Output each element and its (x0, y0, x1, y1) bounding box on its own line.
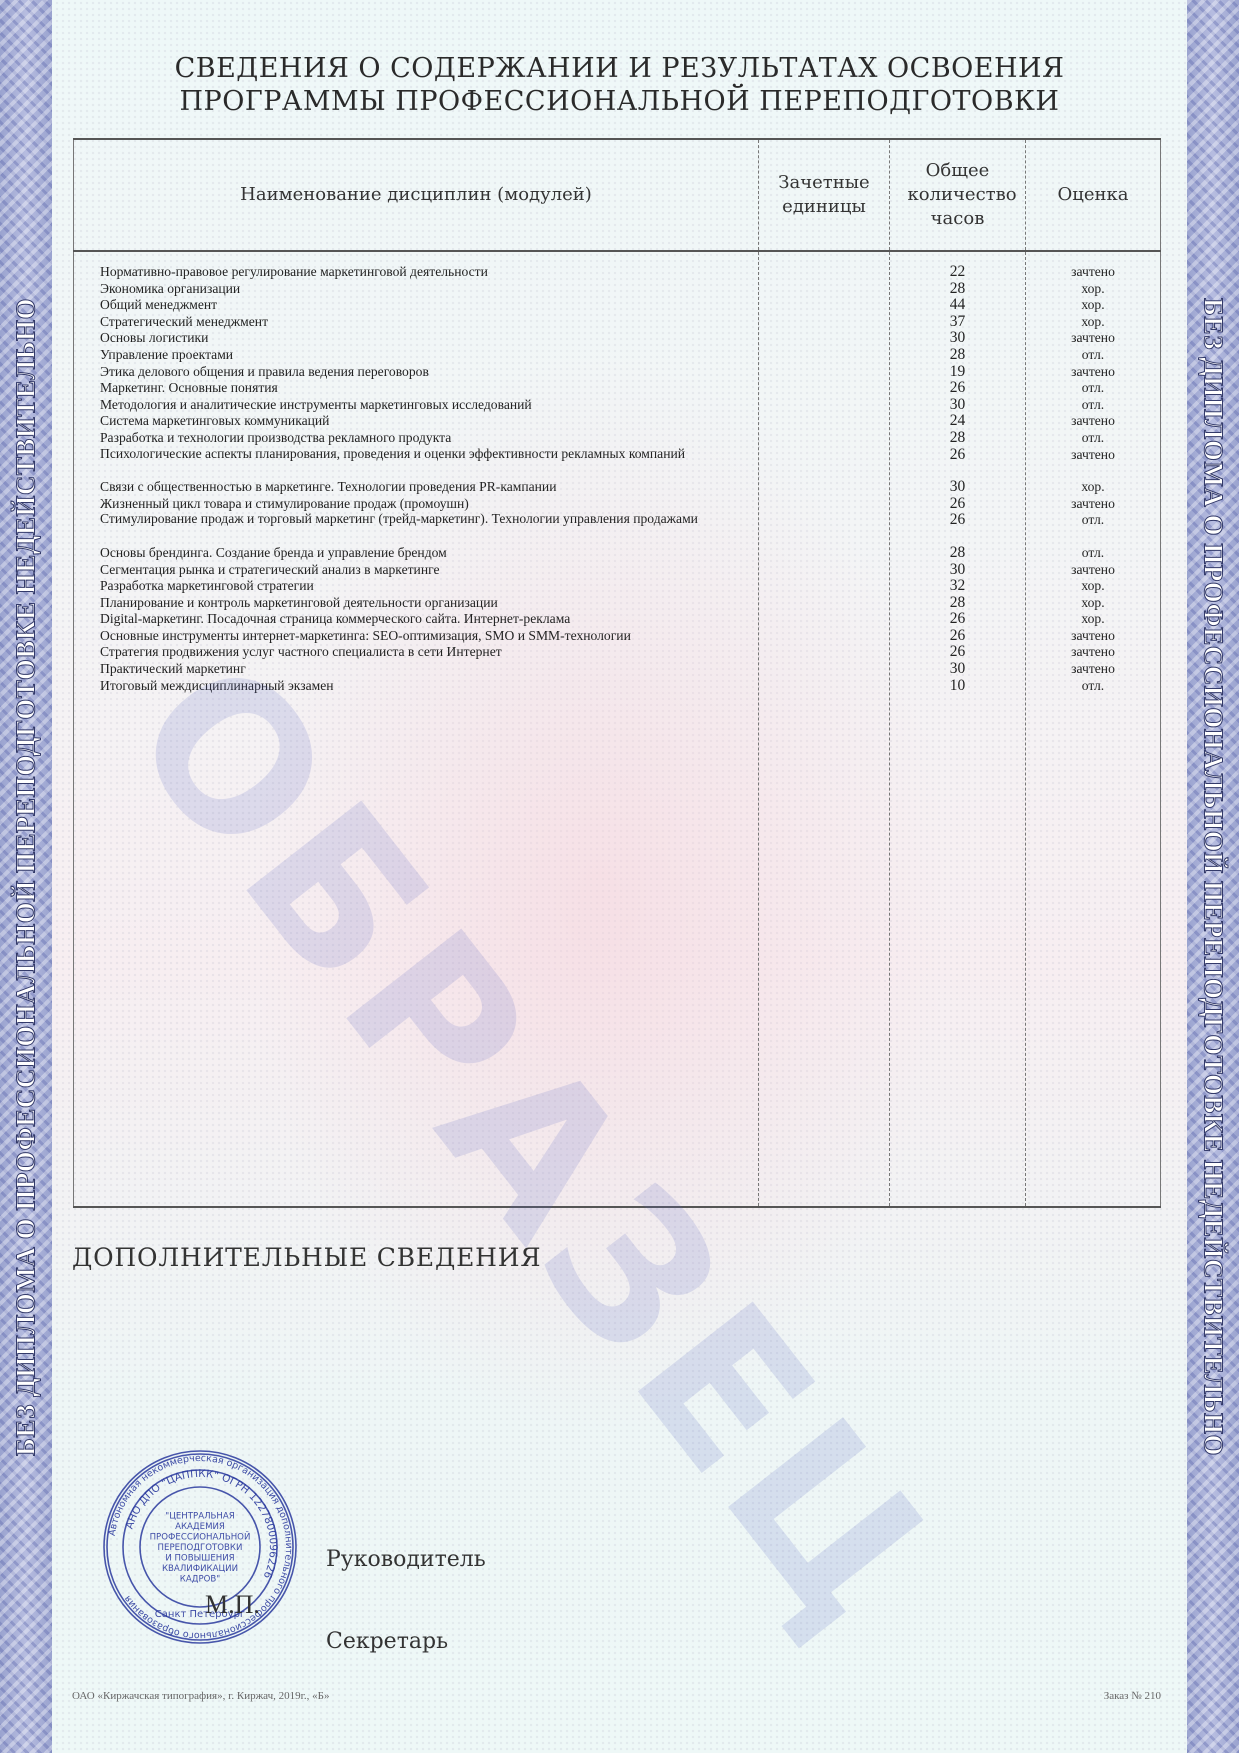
table-row-grade: зачтено (1026, 629, 1160, 642)
table-row-hours: 44 (890, 298, 1025, 311)
official-seal: Автономная некоммерческая организация до… (100, 1447, 300, 1647)
table-row-hours: 30 (890, 331, 1025, 344)
table-row-name: Связи с общественностью в маркетинге. Те… (74, 480, 758, 493)
table-row-hours: 26 (890, 629, 1025, 642)
table-row-credits (759, 629, 889, 642)
table-row-credits (759, 282, 889, 295)
table-row-name: Методология и аналитические инструменты … (74, 398, 758, 411)
table-row-hours: 28 (890, 431, 1025, 444)
table-row-credits (759, 315, 889, 328)
table-row-grade: зачтено (1026, 563, 1160, 576)
table-row-grade: отл. (1026, 431, 1160, 444)
table-row-hours: 24 (890, 414, 1025, 427)
svg-text:КАДРОВ": КАДРОВ" (180, 1575, 221, 1585)
table-row-grade: хор. (1026, 579, 1160, 592)
table-row-hours: 19 (890, 365, 1025, 378)
table-row-credits (759, 414, 889, 427)
table-row-grade: зачтено (1026, 645, 1160, 658)
table-row-credits (759, 662, 889, 675)
svg-text:ПРОФЕССИОНАЛЬНОЙ: ПРОФЕССИОНАЛЬНОЙ (150, 1531, 251, 1543)
table-row-credits (759, 480, 889, 493)
table-row-hours: 26 (890, 513, 1025, 542)
table-row-hours: 30 (890, 563, 1025, 576)
table-row-hours: 22 (890, 265, 1025, 278)
table-row-grade: хор. (1026, 298, 1160, 311)
table-row-hours: 30 (890, 480, 1025, 493)
table-row-grade: хор. (1026, 315, 1160, 328)
table-row-name: Психологические аспекты планирования, пр… (74, 448, 758, 477)
hours-column: 2228443730281926302428263026262830322826… (890, 251, 1026, 1207)
table-row-grade: отл. (1026, 679, 1160, 692)
table-row-credits (759, 448, 889, 477)
left-security-strip: БЕЗ ДИПЛОМА О ПРОФЕССИОНАЛЬНОЙ ПЕРЕПОДГО… (0, 0, 52, 1753)
table-row-credits (759, 513, 889, 542)
left-strip-text: БЕЗ ДИПЛОМА О ПРОФЕССИОНАЛЬНОЙ ПЕРЕПОДГО… (11, 298, 42, 1456)
table-row-hours: 10 (890, 679, 1025, 692)
table-row-name: Digital-маркетинг. Посадочная страница к… (74, 612, 758, 625)
table-row-grade: отл. (1026, 513, 1160, 542)
header-hours: Общее количество часов (890, 139, 1026, 251)
table-row-hours: 26 (890, 448, 1025, 477)
table-row-credits (759, 365, 889, 378)
table-row-credits (759, 298, 889, 311)
table-row-name: Управление проектами (74, 348, 758, 361)
table-header-row: Наименование дисциплин (модулей) Зачетны… (74, 139, 1161, 251)
page-title: СВЕДЕНИЯ О СОДЕРЖАНИИ И РЕЗУЛЬТАТАХ ОСВО… (0, 52, 1239, 118)
svg-text:ПЕРЕПОДГОТОВКИ: ПЕРЕПОДГОТОВКИ (158, 1543, 243, 1553)
table-row-grade: зачтено (1026, 414, 1160, 427)
table-row-name: Основные инструменты интернет-маркетинга… (74, 629, 758, 642)
table-row-credits (759, 645, 889, 658)
table-row-grade: хор. (1026, 612, 1160, 625)
disciplines-table: Наименование дисциплин (модулей) Зачетны… (73, 138, 1161, 1208)
right-security-strip: БЕЗ ДИПЛОМА О ПРОФЕССИОНАЛЬНОЙ ПЕРЕПОДГО… (1187, 0, 1239, 1753)
table-row-hours: 28 (890, 348, 1025, 361)
table-row-name: Планирование и контроль маркетинговой де… (74, 596, 758, 609)
table-row-hours: 30 (890, 662, 1025, 675)
table-row-name: Этика делового общения и правила ведения… (74, 365, 758, 378)
table-row-hours: 26 (890, 612, 1025, 625)
title-line-1: СВЕДЕНИЯ О СОДЕРЖАНИИ И РЕЗУЛЬТАТАХ ОСВО… (0, 52, 1239, 85)
table-row-grade: отл. (1026, 398, 1160, 411)
table-row-credits (759, 563, 889, 576)
director-signature-label: Руководитель (326, 1547, 486, 1572)
table-row-name: Основы брендинга. Создание бренда и упра… (74, 546, 758, 559)
table-row-hours: 28 (890, 546, 1025, 559)
svg-text:И ПОВЫШЕНИЯ: И ПОВЫШЕНИЯ (165, 1554, 234, 1564)
table-row-grade: зачтено (1026, 497, 1160, 510)
right-strip-text: БЕЗ ДИПЛОМА О ПРОФЕССИОНАЛЬНОЙ ПЕРЕПОДГО… (1198, 298, 1229, 1456)
table-row-name: Стимулирование продаж и торговый маркети… (74, 513, 758, 542)
table-row-credits (759, 679, 889, 692)
additional-info-heading: ДОПОЛНИТЕЛЬНЫЕ СВЕДЕНИЯ (72, 1243, 541, 1272)
table-row-grade: хор. (1026, 480, 1160, 493)
header-grade: Оценка (1026, 139, 1161, 251)
table-row-name: Жизненный цикл товара и стимулирование п… (74, 497, 758, 510)
table-row-credits (759, 612, 889, 625)
table-row-hours: 28 (890, 282, 1025, 295)
table-row-name: Система маркетинговых коммуникаций (74, 414, 758, 427)
table-row-hours: 28 (890, 596, 1025, 609)
table-row-hours: 32 (890, 579, 1025, 592)
credits-column (759, 251, 890, 1207)
table-row-credits (759, 431, 889, 444)
table-row-credits (759, 265, 889, 278)
table-row-hours: 26 (890, 497, 1025, 510)
names-column: Нормативно-правовое регулирование маркет… (74, 251, 759, 1207)
table-row-credits (759, 596, 889, 609)
table-row-name: Общий менеджмент (74, 298, 758, 311)
order-number: Заказ № 210 (1104, 1690, 1161, 1702)
table-row-name: Основы логистики (74, 331, 758, 344)
table-row-credits (759, 381, 889, 394)
grades-column: зачтенохор.хор.хор.зачтеноотл.зачтеноотл… (1026, 251, 1161, 1207)
table-row-credits (759, 398, 889, 411)
table-row-hours: 30 (890, 398, 1025, 411)
table-row-grade: зачтено (1026, 265, 1160, 278)
table-row-name: Разработка и технологии производства рек… (74, 431, 758, 444)
table-row-credits (759, 546, 889, 559)
seal-place-label: М.П. (205, 1590, 260, 1620)
table-row-name: Экономика организации (74, 282, 758, 295)
table-row-grade: хор. (1026, 596, 1160, 609)
table-row-grade: хор. (1026, 282, 1160, 295)
table-row-name: Нормативно-правовое регулирование маркет… (74, 265, 758, 278)
secretary-signature-label: Секретарь (326, 1629, 448, 1654)
table-row-name: Практический маркетинг (74, 662, 758, 675)
header-discipline-name: Наименование дисциплин (модулей) (74, 139, 759, 251)
svg-text:АКАДЕМИЯ: АКАДЕМИЯ (175, 1522, 225, 1532)
table-row-credits (759, 497, 889, 510)
table-row-name: Итоговый междисциплинарный экзамен (74, 679, 758, 692)
table-row-name: Разработка маркетинговой стратегии (74, 579, 758, 592)
table-row-name: Стратегический менеджмент (74, 315, 758, 328)
table-row-credits (759, 348, 889, 361)
table-row-credits (759, 579, 889, 592)
table-row-name: Сегментация рынка и стратегический анали… (74, 563, 758, 576)
table-row-name: Стратегия продвижения услуг частного спе… (74, 645, 758, 658)
table-row-grade: зачтено (1026, 365, 1160, 378)
table-row-name: Маркетинг. Основные понятия (74, 381, 758, 394)
printer-info: ОАО «Киржачская типография», г. Киржач, … (72, 1690, 330, 1702)
table-row-grade: зачтено (1026, 331, 1160, 344)
table-row-credits (759, 331, 889, 344)
title-line-2: ПРОГРАММЫ ПРОФЕССИОНАЛЬНОЙ ПЕРЕПОДГОТОВК… (0, 85, 1239, 118)
table-row-grade: зачтено (1026, 662, 1160, 675)
table-row-grade: отл. (1026, 348, 1160, 361)
svg-text:"ЦЕНТРАЛЬНАЯ: "ЦЕНТРАЛЬНАЯ (165, 1512, 235, 1522)
table-row-hours: 26 (890, 381, 1025, 394)
svg-text:КВАЛИФИКАЦИИ: КВАЛИФИКАЦИИ (162, 1564, 238, 1574)
header-credits: Зачетные единицы (759, 139, 890, 251)
table-body: Нормативно-правовое регулирование маркет… (74, 251, 1161, 1207)
table-row-hours: 37 (890, 315, 1025, 328)
table-row-grade: отл. (1026, 546, 1160, 559)
table-row-grade: отл. (1026, 381, 1160, 394)
table-row-hours: 26 (890, 645, 1025, 658)
table-row-grade: зачтено (1026, 448, 1160, 477)
